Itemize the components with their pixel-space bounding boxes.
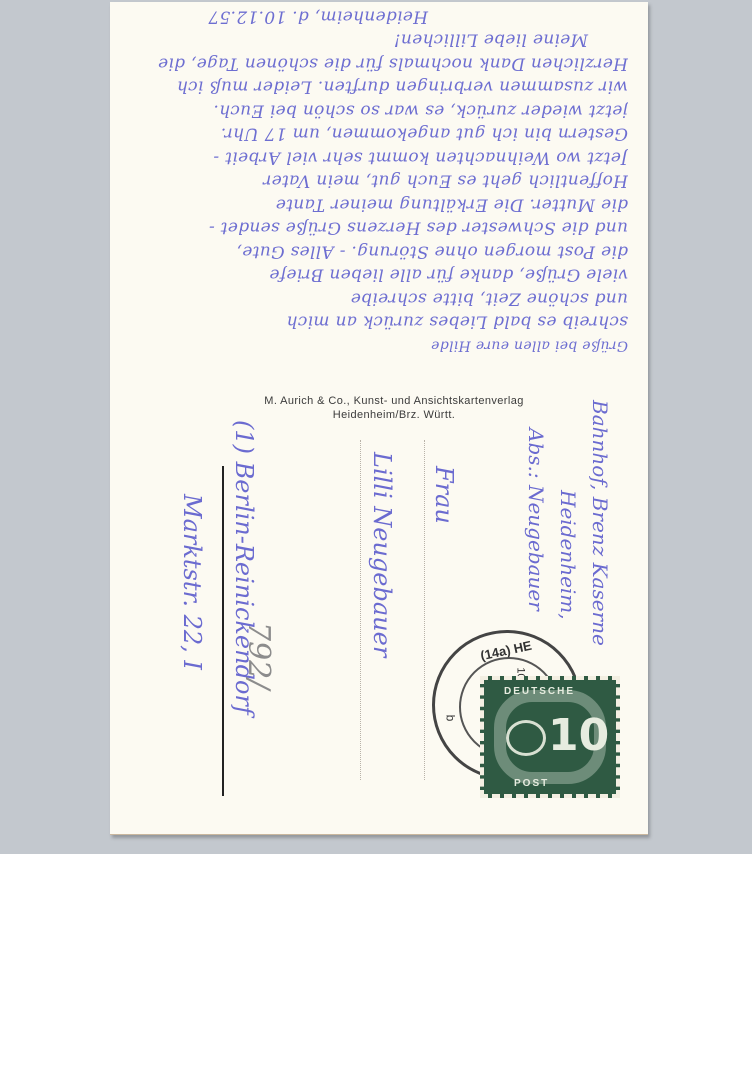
address-divider-left	[360, 440, 361, 780]
address-divider-right	[424, 440, 425, 780]
address-salutation: Frau	[430, 466, 458, 524]
address-name: Lilli Neugebauer	[368, 452, 396, 657]
message-line: schreib es bald Liebes zurück an mich	[118, 310, 628, 334]
sender-line-1: Abs.: Neugebauer	[524, 428, 548, 611]
message-line: die Mutter. Die Erkältung meiner Tante	[118, 192, 628, 216]
city-underline	[222, 466, 224, 796]
message-date: Heidenheim, d. 10.12.57	[118, 4, 628, 28]
postage-stamp: DEUTSCHE 10 POST	[480, 676, 620, 798]
sender-line-3: Bahnhof, Brenz Kaserne	[588, 400, 612, 646]
message-line: wir zusammen verbringen durften. Leider …	[118, 75, 628, 99]
postmark-letter: b	[443, 715, 457, 722]
message-line: und die Schwester des Herzens Grüße send…	[118, 216, 628, 240]
message-line: Herzlichen Dank nochmals für die schönen…	[118, 51, 628, 75]
message-line: jetzt wieder zurück, es war so schön bei…	[118, 98, 628, 122]
stamp-post: POST	[514, 778, 549, 789]
message-line: die Post morgen ohne Störung. - Alles Gu…	[118, 239, 628, 263]
message-line: Hoffentlich geht es Euch gut, mein Vater	[118, 169, 628, 193]
message-line: und schöne Zeit, bitte schreibe	[118, 286, 628, 310]
message-line: Jetzt wo Weihnachten kommt sehr viel Arb…	[118, 145, 628, 169]
sender-line-2: Heidenheim,	[556, 490, 580, 620]
message-line: viele Grüße, danke für alle lieben Brief…	[118, 263, 628, 287]
message-line: Grüße bei allen eure Hilde	[118, 333, 628, 357]
message-line: Gestern bin ich gut angekommen, um 17 Uh…	[118, 122, 628, 146]
publisher-imprint: M. Aurich & Co., Kunst- und Ansichtskart…	[110, 394, 648, 422]
pencil-note: 792/	[241, 622, 276, 689]
message-greeting: Meine liebe Lillichen!	[118, 28, 628, 52]
stamp-country: DEUTSCHE	[504, 686, 575, 697]
posthorn-icon	[506, 720, 546, 756]
address-street: Marktstr. 22, I	[178, 494, 206, 670]
publisher-line-1: M. Aurich & Co., Kunst- und Ansichtskart…	[140, 394, 648, 408]
publisher-line-2: Heidenheim/Brz. Württ.	[140, 408, 648, 422]
stamp-value: 10	[548, 710, 609, 761]
handwritten-message: Grüße bei allen eure Hilde schreib es ba…	[118, 4, 628, 357]
